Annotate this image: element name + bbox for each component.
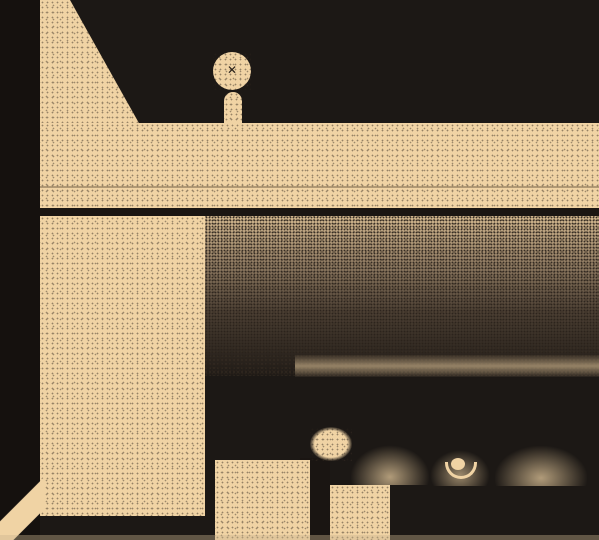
print-bottom-edge xyxy=(0,535,599,540)
vertical-pillar xyxy=(40,216,205,516)
bolt-slot-mark: ✕ xyxy=(226,64,238,76)
glow-mound-left xyxy=(350,445,430,485)
knob-head-icon xyxy=(310,427,352,461)
corner-fragment xyxy=(0,478,45,540)
triangular-form xyxy=(40,0,140,125)
left-dark-border xyxy=(0,0,40,540)
horizontal-beam xyxy=(40,123,599,208)
bolt-stem xyxy=(224,92,242,123)
gradient-fade-panel xyxy=(205,216,599,376)
shelf-highlight xyxy=(295,355,599,377)
glow-mound-right xyxy=(495,446,587,486)
lower-left-block xyxy=(215,460,310,540)
artwork: ✕ xyxy=(0,0,599,540)
lower-right-block xyxy=(330,485,390,540)
beam-groove-line xyxy=(40,186,599,188)
beam-shadow-gap xyxy=(40,208,599,216)
